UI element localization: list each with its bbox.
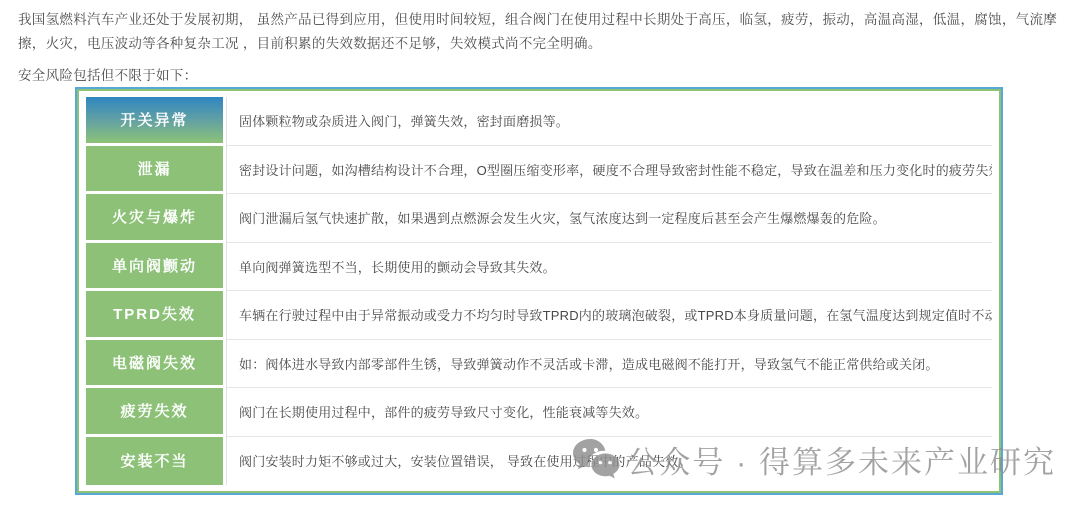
row-header-tprd-failure: TPRD失效: [86, 291, 223, 337]
row-desc: 阀门在长期使用过程中，部件的疲劳导致尺寸变化，性能衰减等失效。: [226, 388, 992, 437]
risk-table-frame: 开关异常 固体颗粒物或杂质进入阀门，弹簧失效，密封面磨损等。 泄漏 密封设计问题…: [75, 87, 1003, 495]
row-header-switch-abnormal: 开关异常: [86, 97, 223, 143]
table-row: 安装不当 阀门安装时力矩不够或过大，安装位置错误， 导致在使用过程中的产品失效。: [86, 437, 992, 486]
row-desc: 阀门泄漏后氢气快速扩散，如果遇到点燃源会发生火灾，氢气浓度达到一定程度后甚至会产…: [226, 194, 992, 243]
risk-table: 开关异常 固体颗粒物或杂质进入阀门，弹簧失效，密封面磨损等。 泄漏 密封设计问题…: [77, 89, 1001, 493]
row-header-solenoid-failure: 电磁阀失效: [86, 340, 223, 386]
row-header-leakage: 泄漏: [86, 146, 223, 192]
section-subtitle: 安全风险包括但不限于如下：: [18, 64, 197, 84]
row-desc: 密封设计问题，如沟槽结构设计不合理，O型圈压缩变形率，硬度不合理导致密封性能不稳…: [226, 146, 992, 195]
article-page: 我国氢燃料汽车产业还处于发展初期， 虽然产品已得到应用，但使用时间较短，组合阀门…: [0, 0, 1080, 507]
table-row: 火灾与爆炸 阀门泄漏后氢气快速扩散，如果遇到点燃源会发生火灾，氢气浓度达到一定程…: [86, 194, 992, 243]
table-row: 疲劳失效 阀门在长期使用过程中，部件的疲劳导致尺寸变化，性能衰减等失效。: [86, 388, 992, 437]
row-desc: 阀门安装时力矩不够或过大，安装位置错误， 导致在使用过程中的产品失效。: [226, 437, 992, 486]
table-row: 单向阀颤动 单向阀弹簧选型不当，长期使用的颤动会导致其失效。: [86, 243, 992, 292]
row-desc: 如：阀体进水导致内部零部件生锈，导致弹簧动作不灵活或卡滞，造成电磁阀不能打开，导…: [226, 340, 992, 389]
table-row: 开关异常 固体颗粒物或杂质进入阀门，弹簧失效，密封面磨损等。: [86, 97, 992, 146]
row-desc: 固体颗粒物或杂质进入阀门，弹簧失效，密封面磨损等。: [226, 97, 992, 146]
table-row: 电磁阀失效 如：阀体进水导致内部零部件生锈，导致弹簧动作不灵活或卡滞，造成电磁阀…: [86, 340, 992, 389]
row-desc: 车辆在行驶过程中由于异常振动或受力不均匀时导致TPRD内的玻璃泡破裂，或TPRD…: [226, 291, 992, 340]
row-desc: 单向阀弹簧选型不当，长期使用的颤动会导致其失效。: [226, 243, 992, 292]
row-header-improper-installation: 安装不当: [86, 437, 223, 486]
intro-paragraph: 我国氢燃料汽车产业还处于发展初期， 虽然产品已得到应用，但使用时间较短，组合阀门…: [18, 8, 1064, 55]
row-header-check-valve-chatter: 单向阀颤动: [86, 243, 223, 289]
row-header-fatigue-failure: 疲劳失效: [86, 388, 223, 434]
row-header-fire-explosion: 火灾与爆炸: [86, 194, 223, 240]
table-row: TPRD失效 车辆在行驶过程中由于异常振动或受力不均匀时导致TPRD内的玻璃泡破…: [86, 291, 992, 340]
table-row: 泄漏 密封设计问题，如沟槽结构设计不合理，O型圈压缩变形率，硬度不合理导致密封性…: [86, 146, 992, 195]
